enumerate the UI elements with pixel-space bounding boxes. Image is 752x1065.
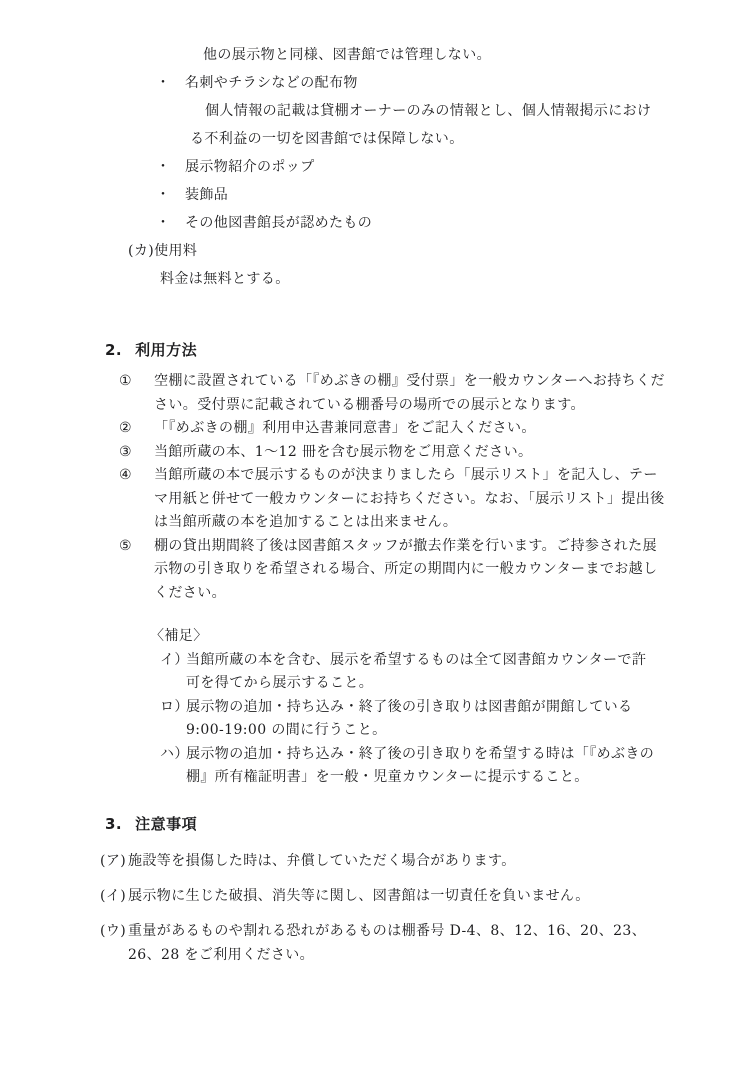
- paragraph-line: 他の展示物と同様、図書館では管理しない。: [0, 41, 752, 69]
- procedure-item-1: ① 空棚に設置されている「『めぶきの棚』受付票」を一般カウンターへお持ちくだ さ…: [0, 370, 752, 417]
- section-3-number: 3.: [105, 815, 122, 833]
- section-2-title: 利用方法: [135, 341, 197, 359]
- procedure-line: さい。受付票に記載されている棚番号の場所での展示となります。: [0, 394, 752, 418]
- bullet-icon: ・: [156, 153, 185, 181]
- procedure-item-2: ② 「『めぶきの棚』利用申込書兼同意書」をご記入ください。: [0, 417, 752, 441]
- fee-clause-text: 料金は無料とする。: [0, 265, 752, 293]
- paren-katakana-marker: (ア): [100, 849, 126, 873]
- supplement-line: 可を得てから展示すること。: [0, 672, 752, 696]
- paren-katakana-marker: (イ): [100, 884, 126, 908]
- procedure-line: 示物の引き取りを希望される場合、所定の期間内に一般カウンターまでお越し: [0, 558, 752, 582]
- supplement-title: 〈補足〉: [0, 625, 752, 649]
- bullet-item-label: 展示物紹介のポップ: [185, 159, 315, 175]
- supplement-line: 展示物の追加・持ち込み・終了後の引き取りを希望する時は「『めぶきの: [0, 743, 752, 767]
- bullet-note-line: る不利益の一切を図書館では保障しない。: [0, 125, 752, 153]
- bullet-item-label: 装飾品: [185, 187, 228, 203]
- bullet-icon: ・: [156, 69, 185, 97]
- supplement-line: 棚』所有権証明書」を一般・児童カウンターに提示すること。: [0, 766, 752, 790]
- procedure-line: マ用紙と併せて一般カウンターにお持ちください。なお、「展示リスト」提出後: [0, 488, 752, 512]
- section-3-items: (ア) 施設等を損傷した時は、弁償していただく場合があります。 (イ) 展示物に…: [0, 849, 752, 967]
- procedure-line: 「『めぶきの棚』利用申込書兼同意書」をご記入ください。: [0, 417, 752, 441]
- caution-item-i: (イ) 展示物に生じた破損、消失等に関し、図書館は一切責任を負いません。: [0, 884, 752, 908]
- procedure-line: ください。: [0, 582, 752, 606]
- bullet-item-label: その他図書館長が認めたもの: [185, 215, 372, 231]
- supplement-item-i: イ） 当館所蔵の本を含む、展示を希望するものは全て図書館カウンターで許 可を得て…: [0, 649, 752, 696]
- bullet-item-other: ・その他図書館長が認めたもの: [0, 209, 752, 237]
- procedure-item-5: ⑤ 棚の貸出期間終了後は図書館スタッフが撤去作業を行います。ご持参された展 示物…: [0, 535, 752, 606]
- circled-number-marker: ④: [119, 464, 132, 488]
- bullet-note-line: 個人情報の記載は貸棚オーナーのみの情報とし、個人情報掲示におけ: [0, 97, 752, 125]
- katakana-marker: イ）: [160, 649, 189, 673]
- section-1-continuation: 他の展示物と同様、図書館では管理しない。 ・名刺やチラシなどの配布物 個人情報の…: [0, 41, 752, 293]
- katakana-marker: ハ）: [160, 743, 189, 767]
- supplement-item-ro: ロ） 展示物の追加・持ち込み・終了後の引き取りは図書館が開館している 9:00-…: [0, 696, 752, 743]
- procedure-line: 当館所蔵の本で展示するものが決まりましたら「展示リスト」を記入し、テー: [0, 464, 752, 488]
- bullet-item-handouts: ・名刺やチラシなどの配布物: [0, 69, 752, 97]
- procedure-item-4: ④ 当館所蔵の本で展示するものが決まりましたら「展示リスト」を記入し、テー マ用…: [0, 464, 752, 535]
- section-3-heading: 3.注意事項: [0, 812, 752, 836]
- supplement-line: 9:00-19:00 の間に行うこと。: [0, 719, 752, 743]
- bullet-item-decorations: ・装飾品: [0, 181, 752, 209]
- bullet-item-pop: ・展示物紹介のポップ: [0, 153, 752, 181]
- caution-line: 26、28 をご利用ください。: [0, 943, 752, 967]
- bullet-item-label: 名刺やチラシなどの配布物: [185, 75, 358, 91]
- bullet-icon: ・: [156, 181, 185, 209]
- caution-item-u: (ウ) 重量があるものや割れる恐れがあるものは棚番号 D-4、8、12、16、2…: [0, 919, 752, 967]
- section-2-items: ① 空棚に設置されている「『めぶきの棚』受付票」を一般カウンターへお持ちくだ さ…: [0, 370, 752, 605]
- fee-clause-label: (カ)使用料: [0, 237, 752, 265]
- circled-number-marker: ③: [119, 441, 132, 465]
- circled-number-marker: ①: [119, 370, 132, 394]
- procedure-line: 当館所蔵の本、1～12 冊を含む展示物をご用意ください。: [0, 441, 752, 465]
- supplement-item-ha: ハ） 展示物の追加・持ち込み・終了後の引き取りを希望する時は「『めぶきの 棚』所…: [0, 743, 752, 790]
- supplement-line: 当館所蔵の本を含む、展示を希望するものは全て図書館カウンターで許: [0, 649, 752, 673]
- procedure-item-3: ③ 当館所蔵の本、1～12 冊を含む展示物をご用意ください。: [0, 441, 752, 465]
- caution-item-a: (ア) 施設等を損傷した時は、弁償していただく場合があります。: [0, 849, 752, 873]
- supplement-line: 展示物の追加・持ち込み・終了後の引き取りは図書館が開館している: [0, 696, 752, 720]
- procedure-line: 棚の貸出期間終了後は図書館スタッフが撤去作業を行います。ご持参された展: [0, 535, 752, 559]
- procedure-line: 空棚に設置されている「『めぶきの棚』受付票」を一般カウンターへお持ちくだ: [0, 370, 752, 394]
- circled-number-marker: ②: [119, 417, 132, 441]
- circled-number-marker: ⑤: [119, 535, 132, 559]
- katakana-marker: ロ）: [160, 696, 189, 720]
- procedure-line: は当館所蔵の本を追加することは出来ません。: [0, 511, 752, 535]
- paren-katakana-marker: (ウ): [100, 919, 126, 943]
- document-page: 他の展示物と同様、図書館では管理しない。 ・名刺やチラシなどの配布物 個人情報の…: [0, 0, 752, 1065]
- section-2-number: 2.: [105, 341, 122, 359]
- section-2-heading: 2.利用方法: [0, 338, 752, 362]
- bullet-icon: ・: [156, 209, 185, 237]
- supplement-block: 〈補足〉 イ） 当館所蔵の本を含む、展示を希望するものは全て図書館カウンターで許…: [0, 625, 752, 790]
- section-3-title: 注意事項: [135, 815, 197, 833]
